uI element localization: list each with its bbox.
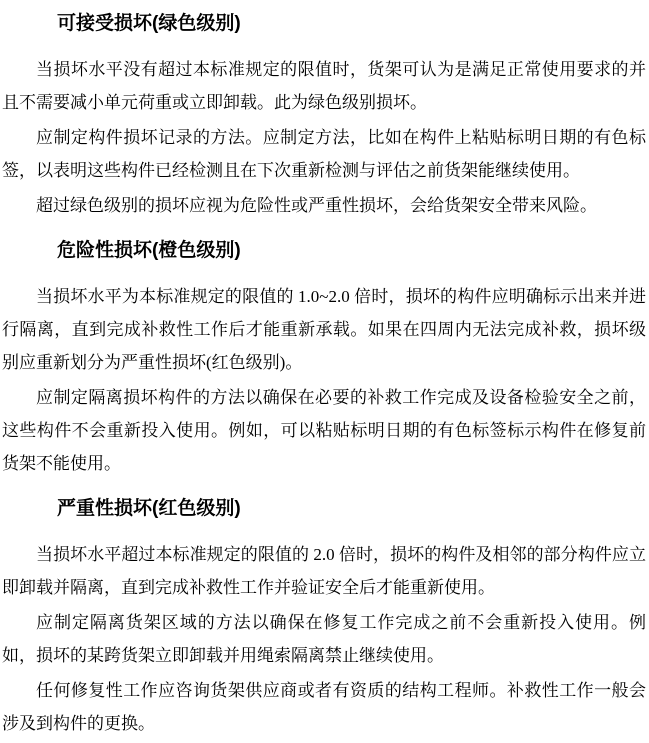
damage-level-section: 可接受损坏(绿色级别) 当损坏水平没有超过本标准规定的限值时，货架可认为是满足正… <box>2 7 646 222</box>
body-paragraph: 任何修复性工作应咨询货架供应商或者有资质的结构工程师。补救性工作一般会涉及到构件… <box>2 674 646 740</box>
document-page: 可接受损坏(绿色级别) 当损坏水平没有超过本标准规定的限值时，货架可认为是满足正… <box>0 0 649 743</box>
damage-level-section: 严重性损坏(红色级别) 当损坏水平超过本标准规定的限值的 2.0 倍时，损坏的构… <box>2 492 646 740</box>
body-paragraph: 当损坏水平为本标准规定的限值的 1.0~2.0 倍时，损坏的构件应明确标示出来并… <box>2 280 646 379</box>
damage-level-section: 危险性损坏(橙色级别) 当损坏水平为本标准规定的限值的 1.0~2.0 倍时，损… <box>2 234 646 480</box>
body-paragraph: 应制定构件损坏记录的方法。应制定方法，比如在构件上粘贴标明日期的有色标签，以表明… <box>2 121 646 187</box>
body-paragraph: 应制定隔离货架区域的方法以确保在修复工作完成之前不会重新投入使用。例如，损坏的某… <box>2 606 646 672</box>
section-heading: 可接受损坏(绿色级别) <box>2 7 646 40</box>
body-paragraph: 当损坏水平超过本标准规定的限值的 2.0 倍时，损坏的构件及相邻的部分构件应立即… <box>2 538 646 604</box>
body-paragraph: 当损坏水平没有超过本标准规定的限值时，货架可认为是满足正常使用要求的并且不需要减… <box>2 53 646 119</box>
section-heading: 严重性损坏(红色级别) <box>2 492 646 525</box>
body-paragraph: 超过绿色级别的损坏应视为危险性或严重性损坏，会给货架安全带来风险。 <box>2 189 646 222</box>
section-heading: 危险性损坏(橙色级别) <box>2 234 646 267</box>
body-paragraph: 应制定隔离损坏构件的方法以确保在必要的补救工作完成及设备检验安全之前，这些构件不… <box>2 381 646 480</box>
